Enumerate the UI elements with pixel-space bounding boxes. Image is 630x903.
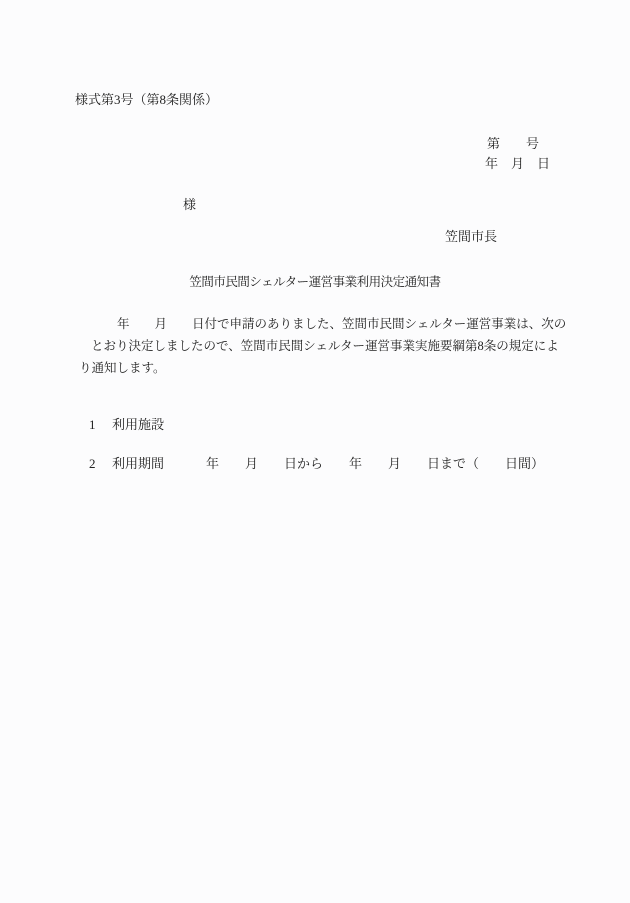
item-1-number: 1 (89, 417, 96, 433)
document-page: 様式第3号（第8条関係） 第 号 年 月 日 様 笠間市長 笠間市民間シェルター… (0, 0, 630, 903)
document-title: 笠間市民間シェルター運営事業利用決定通知書 (0, 274, 630, 290)
body-paragraph-line-2: とおり決定しましたので、笠間市民間シェルター運営事業実施要綱第8条の規定によ (91, 338, 559, 354)
item-2-number: 2 (89, 456, 96, 472)
addressee-honorific: 様 (183, 197, 196, 213)
item-2-label-use-period: 利用期間 (112, 456, 164, 472)
item-1-label-use-facility: 利用施設 (112, 417, 164, 433)
document-date-line: 年 月 日 (485, 156, 550, 172)
item-2-period-blank-fields: 年 月 日から 年 月 日まで（ 日間） (206, 456, 544, 472)
body-paragraph-line-1: 年 月 日付で申請のありました、笠間市民間シェルター運営事業は、次の (117, 316, 566, 332)
sender-name: 笠間市長 (445, 229, 497, 245)
body-paragraph-line-3: り通知します。 (79, 360, 166, 376)
document-number-line: 第 号 (487, 136, 539, 152)
form-number-label: 様式第3号（第8条関係） (75, 92, 218, 108)
